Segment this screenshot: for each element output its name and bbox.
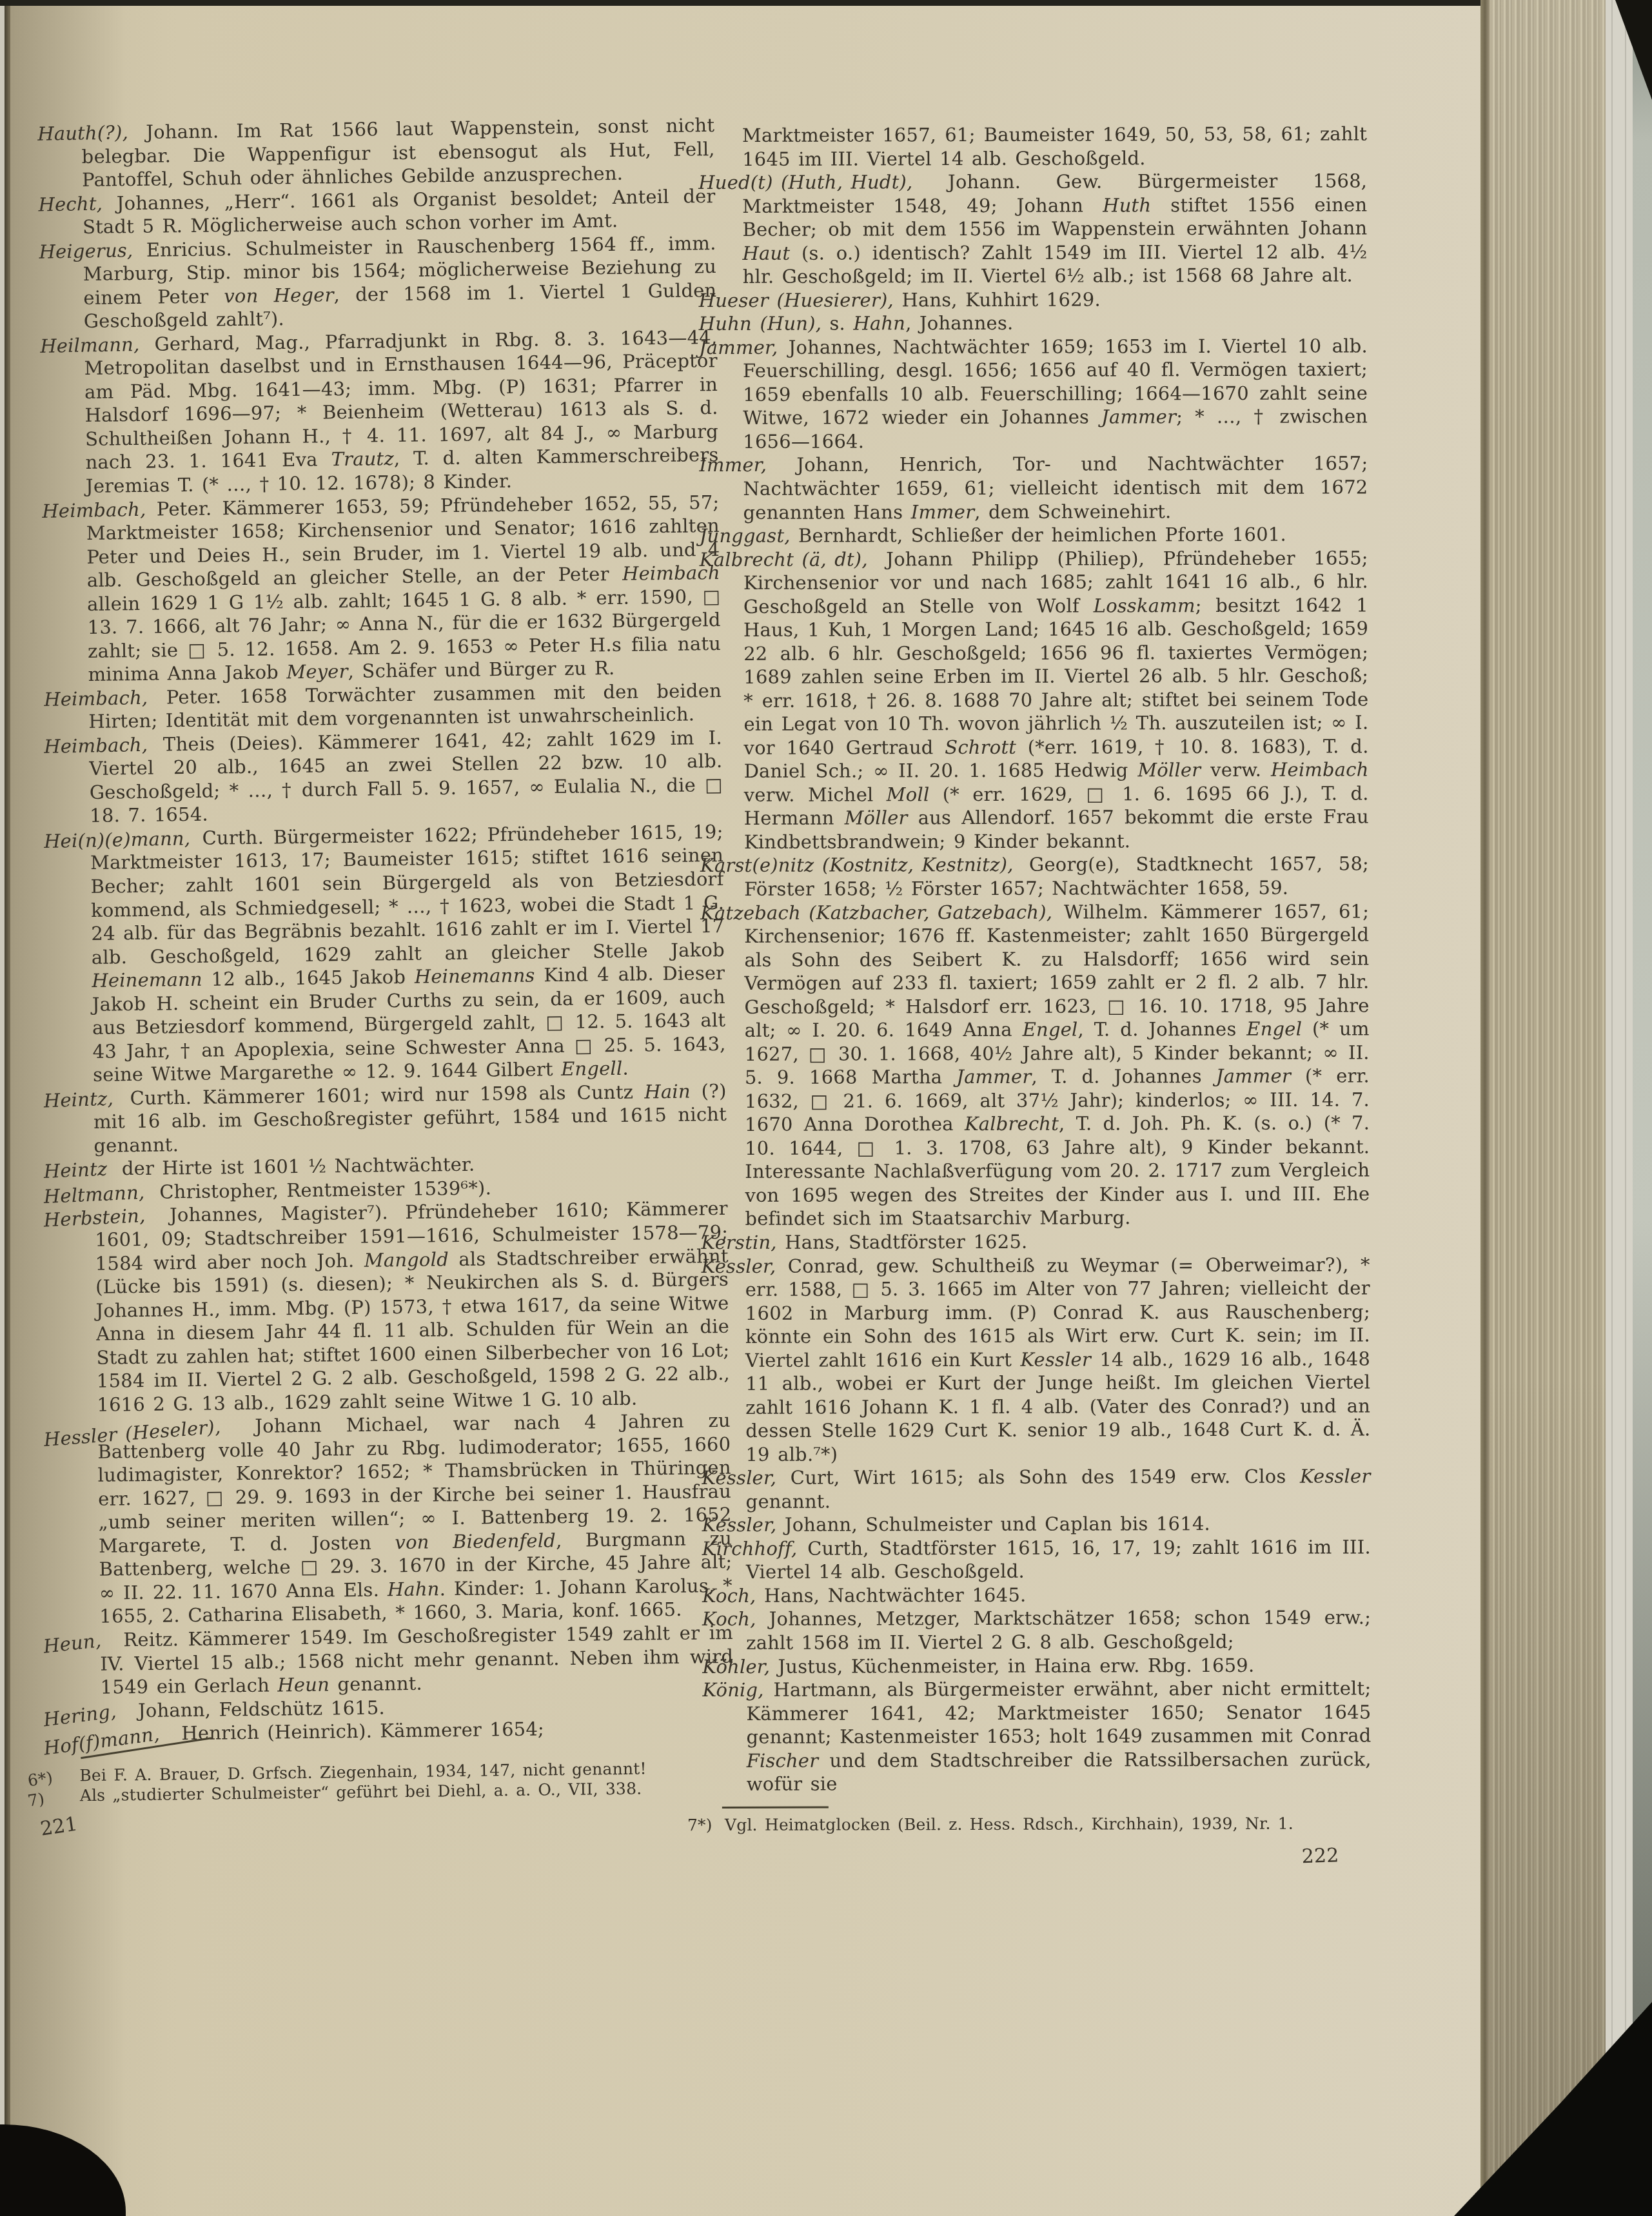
- entry-text: Reitz. Kämmerer 1549. Im Geschoßregister…: [100, 1622, 733, 1698]
- page-number-right: 222: [1301, 1843, 1339, 1868]
- entry-text: Hans, Stadtförster 1625.: [785, 1231, 1027, 1253]
- entry-text: Curt, Wirt 1615; als Sohn des 1549 erw. …: [746, 1466, 1371, 1513]
- entry-surname: Hecht,: [60, 191, 103, 216]
- entry-surname: Kirchhoff,: [724, 1537, 798, 1561]
- entry-text: Wilhelm. Kämmerer 1657, 61; Kirchensenio…: [744, 900, 1370, 1230]
- scanned-book-spread: Hauth(?), Johann. Im Rat 1566 laut Wappe…: [0, 0, 1652, 2216]
- entry-text: Christopher, Rentmeister 1539⁶*).: [159, 1177, 491, 1202]
- entry-text: Johann, Schulmeister und Caplan bis 1614…: [785, 1513, 1210, 1536]
- register-entry: Kessler, Johann, Schulmeister und Caplan…: [724, 1512, 1371, 1537]
- register-entry: Kalbrecht (ä, dt), Johann Philipp (Phili…: [722, 546, 1369, 854]
- register-entry: Kirchhoff, Curth, Stadtförster 1615, 16,…: [724, 1535, 1371, 1584]
- entry-text: Curth. Kämmerer 1601; wird nur 1598 als …: [93, 1080, 727, 1157]
- entry-surname: Hued(t) (Huth, Hudt),: [720, 170, 912, 194]
- entry-surname: Immer,: [721, 453, 767, 477]
- entry-text: Johann, Henrich, Tor- und Nachtwächter 1…: [743, 453, 1368, 524]
- entry-text: Curth, Stadtförster 1615, 16, 17, 19; za…: [746, 1536, 1371, 1583]
- entry-surname: Hauth(?),: [59, 121, 128, 146]
- entry-text: Gerhard, Mag., Pfarradjunkt in Rbg. 8. 3…: [84, 326, 719, 497]
- entry-surname: Heimbach,: [64, 497, 146, 522]
- entry-text: Hartmann, als Bürgermeister erwähnt, abe…: [746, 1677, 1371, 1795]
- register-entry: Marktmeister 1657, 61; Baumeister 1649, …: [720, 122, 1367, 171]
- entry-text: Johann Philipp (Philiep), Pfründeheber 1…: [743, 547, 1369, 853]
- register-entry: Heimbach, Peter. 1658 Torwächter zusamme…: [66, 679, 722, 734]
- page-number-right-wrap: 222: [725, 1843, 1339, 1869]
- page-left-edge: [0, 0, 5, 2216]
- entry-surname: Heintz: [65, 1157, 108, 1182]
- entry-surname: Kessler,: [723, 1466, 776, 1490]
- register-entry: Immer, Johann, Henrich, Tor- und Nachtwä…: [721, 452, 1368, 524]
- entry-text: Johann. Im Rat 1566 laut Wappenstein, so…: [82, 114, 715, 191]
- register-entry: Heintz, Curth. Kämmerer 1601; wird nur 1…: [71, 1079, 727, 1158]
- entry-text: Johannes, Magister⁷). Pfründeheber 1610;…: [95, 1197, 730, 1415]
- entry-surname: Katzebach (Katzbacher, Gatzebach),: [722, 900, 1052, 925]
- entry-text: Theis (Deies). Kämmerer 1641, 42; zahlt …: [89, 727, 723, 827]
- entry-text: Vgl. Heimatglocken (Beil. z. Hess. Rdsch…: [725, 1814, 1293, 1834]
- entry-surname: Heilmann,: [62, 333, 140, 358]
- entry-surname: Junggast,: [722, 524, 791, 548]
- right-entries: Marktmeister 1657, 61; Baumeister 1649, …: [720, 122, 1372, 1796]
- entry-surname: Koch,: [724, 1607, 756, 1631]
- entry-text: Peter. Kämmerer 1653, 59; Pfründeheber 1…: [86, 491, 722, 685]
- register-entry: Köhler, Justus, Küchenmeister, in Haina …: [724, 1653, 1371, 1678]
- entry-surname: Koch,: [724, 1584, 756, 1608]
- entry-surname: Huhn (Hun),: [721, 312, 821, 336]
- register-entry: Heigerus, Enricius. Schulmeister in Raus…: [61, 231, 717, 334]
- right-footnotes: 7*) Vgl. Heimatglocken (Beil. z. Hess. R…: [725, 1813, 1372, 1835]
- entry-text: Peter. 1658 Torwächter zusammen mit den …: [88, 680, 722, 733]
- register-entry: Heimbach, Theis (Deies). Kämmerer 1641, …: [67, 726, 723, 829]
- entry-surname: Hei(n)(e)mann,: [66, 827, 191, 853]
- scan-top-edge: [0, 0, 1495, 6]
- entry-text: Curth. Bürgermeister 1622; Pfründeheber …: [90, 821, 726, 1086]
- entry-surname: König,: [724, 1678, 763, 1702]
- page-number-left: 221: [39, 1812, 79, 1841]
- register-entry: Hauth(?), Johann. Im Rat 1566 laut Wappe…: [59, 113, 715, 192]
- binding-edge-line: [5, 0, 10, 2216]
- footnote: 7*) Vgl. Heimatglocken (Beil. z. Hess. R…: [725, 1813, 1372, 1835]
- left-footnotes: 6*) Bei F. A. Brauer, D. Grfsch. Ziegenh…: [79, 1757, 735, 1805]
- register-entry: Jammer, Johannes, Nachtwächter 1659; 165…: [721, 334, 1368, 453]
- right-column: Marktmeister 1657, 61; Baumeister 1649, …: [720, 122, 1372, 1869]
- register-entry: Hued(t) (Huth, Hudt), Johann. Gew. Bürge…: [720, 169, 1367, 288]
- scan-background-strip: [1633, 0, 1652, 2216]
- entry-text: Marktmeister 1657, 61; Baumeister 1649, …: [742, 123, 1367, 170]
- register-entry: Heun, Reitz. Kämmerer 1549. Im Geschoßre…: [78, 1621, 734, 1700]
- register-entry: Katzebach (Katzbacher, Gatzebach), Wilhe…: [722, 899, 1370, 1231]
- footnote-rule-right: [722, 1806, 829, 1808]
- book-fore-edge: [1490, 0, 1606, 2216]
- entry-text: Enricius. Schulmeister in Rauschenberg 1…: [83, 232, 717, 333]
- register-entry: Koch, Johannes, Metzger, Marktschätzer 1…: [724, 1606, 1371, 1655]
- entry-surname: Heigerus,: [61, 239, 133, 264]
- entry-surname: Heltmann,: [65, 1181, 145, 1208]
- entry-surname: Kessler,: [723, 1254, 776, 1278]
- register-entry: Heimbach, Peter. Kämmerer 1653, 59; Pfrü…: [64, 490, 721, 687]
- entry-text: Johannes, „Herr“. 1661 als Organist beso…: [83, 185, 716, 239]
- book-cover-edge: [1606, 0, 1633, 2216]
- entry-text: der Hirte ist 1601 ½ Nachtwächter.: [122, 1153, 475, 1180]
- left-entries: Hauth(?), Johann. Im Rat 1566 laut Wappe…: [59, 113, 734, 1747]
- entry-surname: Heimbach,: [66, 733, 148, 758]
- entry-surname: Kerstin,: [723, 1231, 776, 1255]
- entry-text: Johannes, Nachtwächter 1659; 1653 im I. …: [743, 335, 1368, 453]
- entry-text: Henrich (Heinrich). Kämmerer 1654;: [181, 1718, 544, 1745]
- entry-surname: Hueser (Huesierer),: [721, 288, 894, 312]
- entry-surname: Köhler,: [724, 1654, 770, 1678]
- entry-surname: Heintz,: [65, 1086, 113, 1112]
- register-entry: Kerstin, Hans, Stadtförster 1625.: [723, 1229, 1370, 1254]
- entry-surname: Herbstein,: [65, 1204, 146, 1231]
- register-entry: Huhn (Hun), s. Hahn, Johannes.: [721, 311, 1368, 336]
- entry-text: Johann, Feldschütz 1615.: [138, 1696, 385, 1721]
- entry-text: Hans, Kuhhirt 1629.: [901, 288, 1101, 311]
- register-entry: König, Hartmann, als Bürgermeister erwäh…: [724, 1676, 1371, 1796]
- register-entry: Hei(n)(e)mann, Curth. Bürgermeister 1622…: [68, 820, 726, 1087]
- page-right-edge-line: [1480, 0, 1490, 2216]
- entry-text: Bernhardt, Schließer der heimlichen Pfor…: [798, 524, 1286, 547]
- register-entry: Hueser (Huesierer), Hans, Kuhhirt 1629.: [721, 287, 1368, 312]
- entry-surname: Jammer,: [721, 336, 778, 360]
- register-entry: Hecht, Johannes, „Herr“. 1661 als Organi…: [60, 184, 716, 239]
- entry-surname: Kalbrecht (ä, dt),: [722, 547, 868, 571]
- left-column: Hauth(?), Johann. Im Rat 1566 laut Wappe…: [59, 113, 735, 1836]
- register-entry: Heilmann, Gerhard, Mag., Pfarradjunkt in…: [62, 326, 719, 498]
- entry-surname: Heun,: [64, 1629, 103, 1656]
- register-entry: Karst(e)nitz (Kostnitz, Kestnitz), Georg…: [722, 852, 1369, 901]
- entry-surname: Kessler,: [724, 1513, 777, 1537]
- register-entry: Junggast, Bernhardt, Schließer der heiml…: [722, 522, 1368, 547]
- entry-text: Johannes, Metzger, Marktschätzer 1658; s…: [746, 1607, 1371, 1654]
- register-entry: Kessler, Conrad, gew. Schultheiß zu Weym…: [723, 1253, 1371, 1466]
- register-entry: Hessler (Heseler), Johann Michael, war n…: [75, 1409, 733, 1629]
- entry-text: Conrad, gew. Schultheiß zu Weymar (= Obe…: [745, 1253, 1371, 1466]
- entry-surname: Heimbach,: [66, 686, 148, 711]
- entry-text: Hans, Nachtwächter 1645.: [764, 1584, 1027, 1607]
- entry-text: Johann Michael, war nach 4 Jahren zu Bat…: [97, 1409, 733, 1627]
- entry-text: s. Hahn, Johannes.: [829, 312, 1013, 335]
- register-entry: Koch, Hans, Nachtwächter 1645.: [724, 1582, 1371, 1607]
- entry-text: Justus, Küchenmeister, in Haina erw. Rbg…: [778, 1654, 1254, 1677]
- entry-surname: Karst(e)nitz (Kostnitz, Kestnitz),: [722, 853, 1014, 878]
- register-entry: Kessler, Curt, Wirt 1615; als Sohn des 1…: [723, 1465, 1370, 1514]
- register-entry: Herbstein, Johannes, Magister⁷). Pfründe…: [73, 1197, 731, 1417]
